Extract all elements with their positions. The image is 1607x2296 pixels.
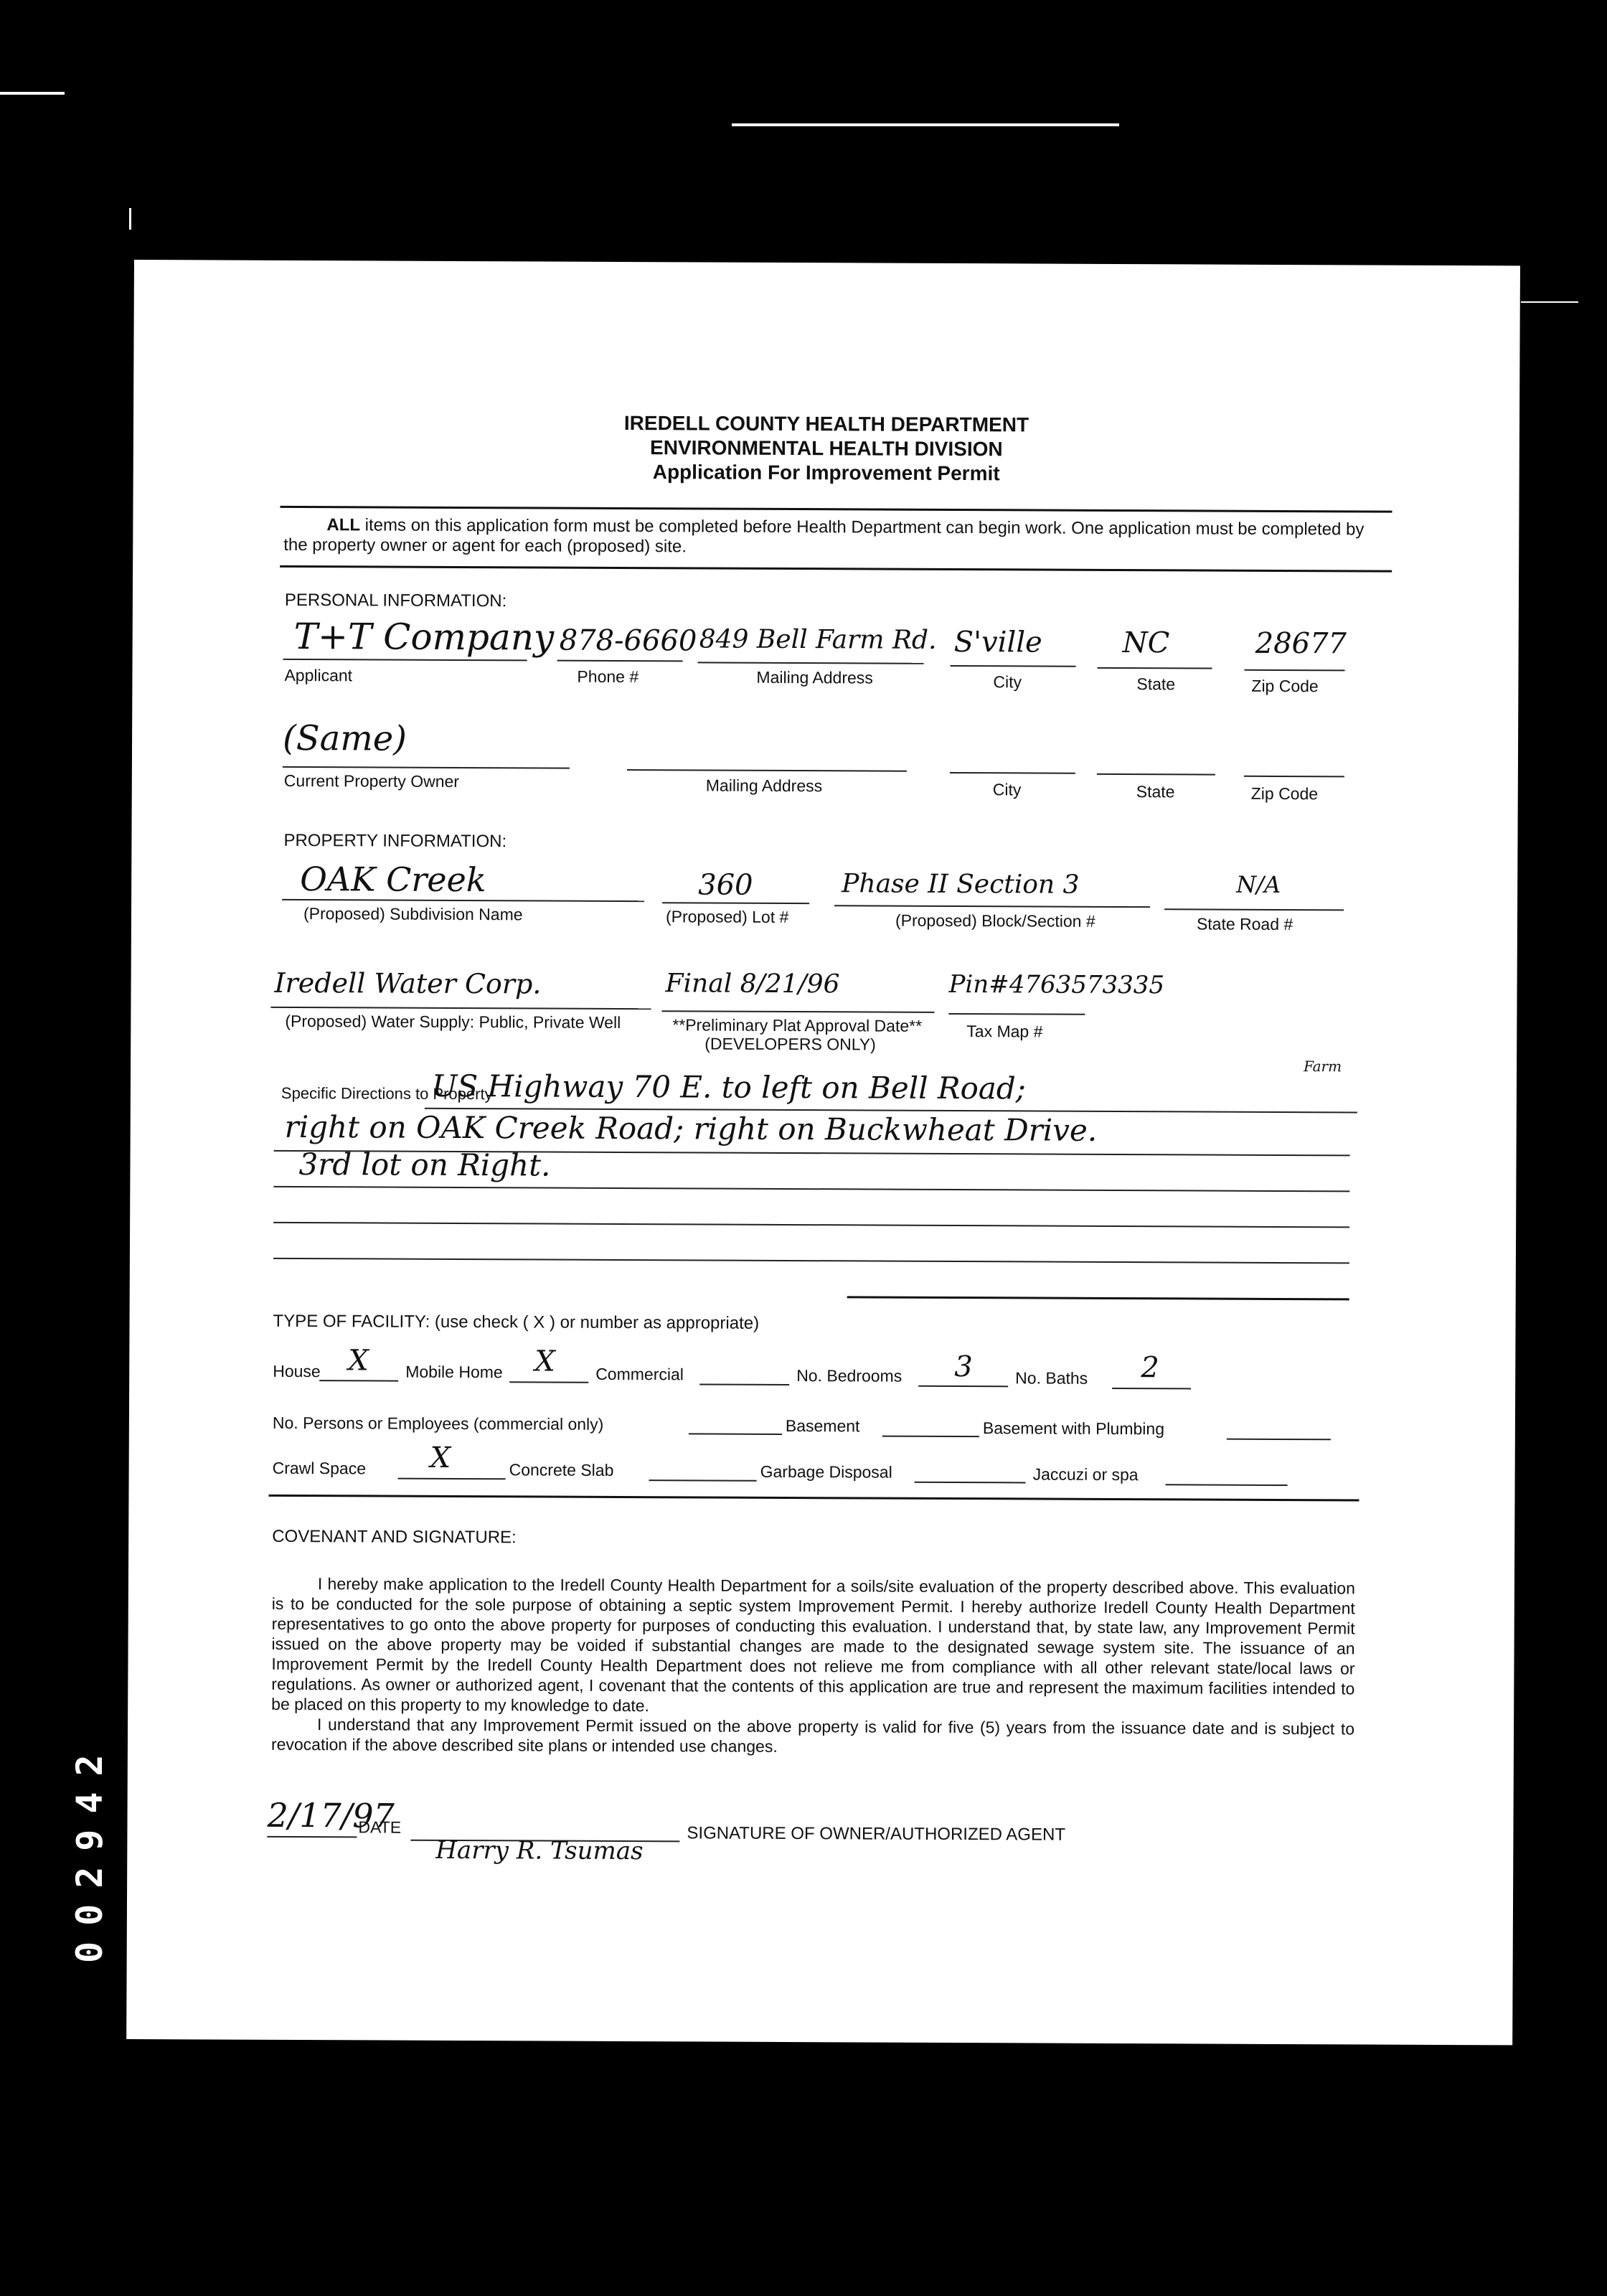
current-owner-field[interactable]: (Same) [283,718,407,759]
jacuzzi-label: Jaccuzi or spa [1033,1464,1139,1485]
covenant-heading: COVENANT AND SIGNATURE: [272,1527,517,1548]
bedrooms-label: No. Bedrooms [796,1366,902,1386]
concrete-slab-field[interactable] [649,1479,757,1482]
state-road-label: State Road # [1197,914,1293,934]
garbage-disposal-label: Garbage Disposal [760,1462,892,1482]
owner-state-field[interactable] [1097,773,1215,776]
owner-mailing-address-label: Mailing Address [706,776,822,796]
commercial-label: Commercial [595,1365,684,1385]
directions-line-2[interactable]: right on OAK Creek Road; right on Buckwh… [285,1109,1098,1148]
lot-label: (Proposed) Lot # [666,907,788,927]
baths-value: 2 [1141,1351,1159,1384]
instructions: ALL items on this application form must … [283,515,1388,560]
signature-value: Harry R. Tsumas [435,1836,643,1865]
house-field[interactable] [319,1380,398,1381]
developers-only-note: (DEVELOPERS ONLY) [704,1034,876,1054]
state-field[interactable]: NC [1123,626,1170,659]
crawl-space-value: X [430,1441,451,1474]
subdivision-field[interactable]: OAK Creek [300,860,486,899]
basement-plumbing-label: Basement with Plumbing [983,1418,1164,1439]
state-road-field[interactable]: N/A [1236,871,1281,898]
signature-label: SIGNATURE OF OWNER/AUTHORIZED AGENT [687,1823,1065,1845]
owner-zip-field[interactable] [1244,776,1344,778]
directions-line-5[interactable] [273,1258,1349,1264]
field-line [948,1013,1085,1015]
tax-map-field[interactable]: Pin#4763573335 [949,970,1165,999]
mobile-home-label: Mobile Home [405,1363,503,1383]
covenant-text: I hereby make application to the Iredell… [271,1573,1355,1759]
field-line [282,899,644,902]
field-line [283,659,527,661]
concrete-slab-label: Concrete Slab [509,1460,614,1480]
owner-zip-label: Zip Code [1251,784,1318,804]
scan-noise [0,92,65,95]
owner-state-label: State [1136,782,1175,801]
block-section-field[interactable]: Phase II Section 3 [842,869,1079,899]
zip-field[interactable]: 28677 [1255,627,1347,661]
form-header: IREDELL COUNTY HEALTH DEPARTMENT ENVIRON… [133,409,1519,488]
basement-label: Basement [786,1416,860,1436]
baths-field[interactable] [1112,1388,1191,1389]
block-section-label: (Proposed) Block/Section # [895,911,1095,931]
state-label: State [1136,674,1175,694]
lot-field[interactable]: 360 [698,868,753,901]
commercial-field[interactable] [699,1383,789,1385]
bedrooms-value: 3 [954,1350,973,1383]
covenant-paragraph-2: I understand that any Improvement Permit… [271,1714,1354,1759]
divider [280,506,1392,513]
field-line [834,905,1150,908]
directions-line-1[interactable]: US Highway 70 E. to left on Bell Road; [432,1068,1026,1106]
field-line [283,766,570,769]
permit-application-page: IREDELL COUNTY HEALTH DEPARTMENT ENVIRON… [126,260,1520,2045]
persons-employees-field[interactable] [689,1433,782,1435]
field-line [698,662,924,664]
house-value: X [348,1344,369,1377]
crawl-space-field[interactable] [398,1478,506,1480]
field-line [1245,669,1345,672]
house-label: House [273,1362,321,1381]
field-line [270,1007,651,1010]
field-line [1164,908,1344,911]
plat-approval-date-label: **Preliminary Plat Approval Date** [672,1015,922,1036]
scan-noise [129,208,131,230]
persons-employees-label: No. Persons or Employees (commercial onl… [273,1413,604,1434]
jacuzzi-field[interactable] [1166,1484,1288,1486]
owner-mailing-address-field[interactable] [627,769,907,772]
field-line [1098,667,1212,669]
current-owner-label: Current Property Owner [284,771,459,791]
form-title: Application For Improvement Permit [133,458,1519,488]
scan-noise [1521,301,1578,303]
field-line [951,665,1076,667]
mailing-address-field[interactable]: 849 Bell Farm Rd. [699,624,937,654]
phone-label: Phone # [577,667,638,687]
city-label: City [993,672,1022,692]
bedrooms-field[interactable] [918,1385,1008,1388]
divider [268,1495,1359,1502]
covenant-paragraph-1: I hereby make application to the Iredell… [271,1573,1355,1719]
divider [280,565,1392,573]
date-label: DATE [358,1817,401,1837]
plat-approval-date-field[interactable]: Final 8/21/96 [666,969,840,999]
directions-annotation: Farm [1304,1058,1342,1075]
tax-map-label: Tax Map # [966,1022,1042,1041]
baths-label: No. Baths [1015,1368,1088,1388]
field-line [662,902,809,904]
mailing-address-label: Mailing Address [756,668,872,688]
divider [847,1296,1349,1300]
facility-heading: TYPE OF FACILITY: (use check ( X ) or nu… [273,1312,759,1334]
field-line [661,1010,934,1013]
document-id-stamp: 002942 [69,1693,112,2009]
personal-info-heading: PERSONAL INFORMATION: [285,591,506,611]
subdivision-label: (Proposed) Subdivision Name [303,904,523,924]
zip-label: Zip Code [1251,677,1318,696]
field-line [267,1836,357,1838]
field-line [557,660,683,662]
water-supply-field[interactable]: Iredell Water Corp. [275,967,542,1000]
garbage-disposal-field[interactable] [915,1482,1026,1484]
field-line [273,1186,1349,1192]
applicant-label: Applicant [284,666,352,685]
directions-line-3[interactable]: 3rd lot on Right. [298,1147,550,1183]
city-field[interactable]: S'ville [954,626,1042,659]
owner-city-label: City [993,780,1022,799]
owner-city-field[interactable] [950,772,1075,774]
crawl-space-label: Crawl Space [273,1459,367,1479]
mobile-home-field[interactable] [509,1381,588,1383]
basement-field[interactable] [882,1436,979,1438]
scan-noise [732,123,1119,126]
water-supply-label: (Proposed) Water Supply: Public, Private… [285,1012,621,1032]
directions-line-4[interactable] [273,1222,1349,1228]
property-info-heading: PROPERTY INFORMATION: [283,831,506,852]
phone-field[interactable]: 878-6660 [560,624,697,658]
applicant-field[interactable]: T+T Company [294,616,555,659]
basement-plumbing-field[interactable] [1227,1439,1331,1441]
mobile-home-value: X [534,1345,555,1378]
